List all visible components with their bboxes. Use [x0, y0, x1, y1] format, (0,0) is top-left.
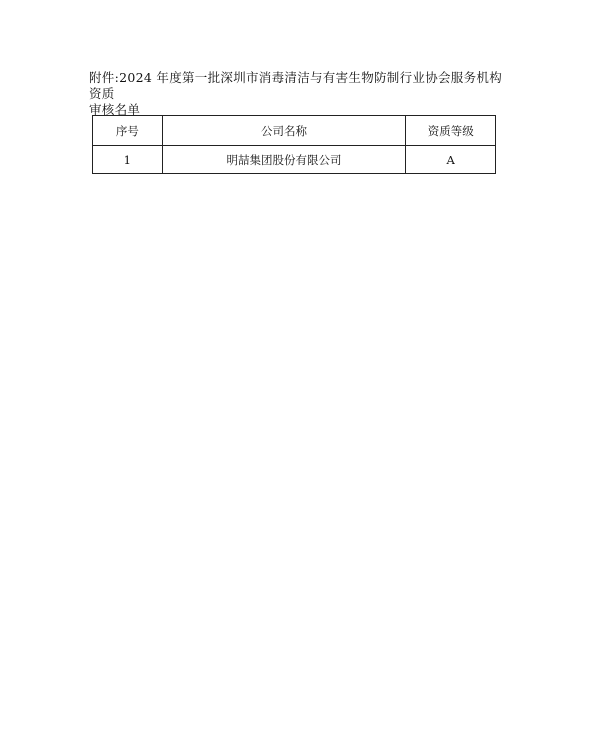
title-line-1: 附件:2024 年度第一批深圳市消毒清洁与有害生物防制行业协会服务机构资质 — [89, 70, 509, 102]
header-qualification-level: 资质等级 — [406, 116, 496, 146]
table-row: 1 明喆集团股份有限公司 A — [93, 146, 496, 174]
table-header-row: 序号 公司名称 资质等级 — [93, 116, 496, 146]
qualification-table: 序号 公司名称 资质等级 1 明喆集团股份有限公司 A — [92, 115, 496, 174]
document-title: 附件:2024 年度第一批深圳市消毒清洁与有害生物防制行业协会服务机构资质 审核… — [89, 70, 509, 118]
header-serial-number: 序号 — [93, 116, 163, 146]
cell-serial-number: 1 — [93, 146, 163, 174]
cell-company-name: 明喆集团股份有限公司 — [162, 146, 406, 174]
cell-qualification-level: A — [406, 146, 496, 174]
header-company-name: 公司名称 — [162, 116, 406, 146]
